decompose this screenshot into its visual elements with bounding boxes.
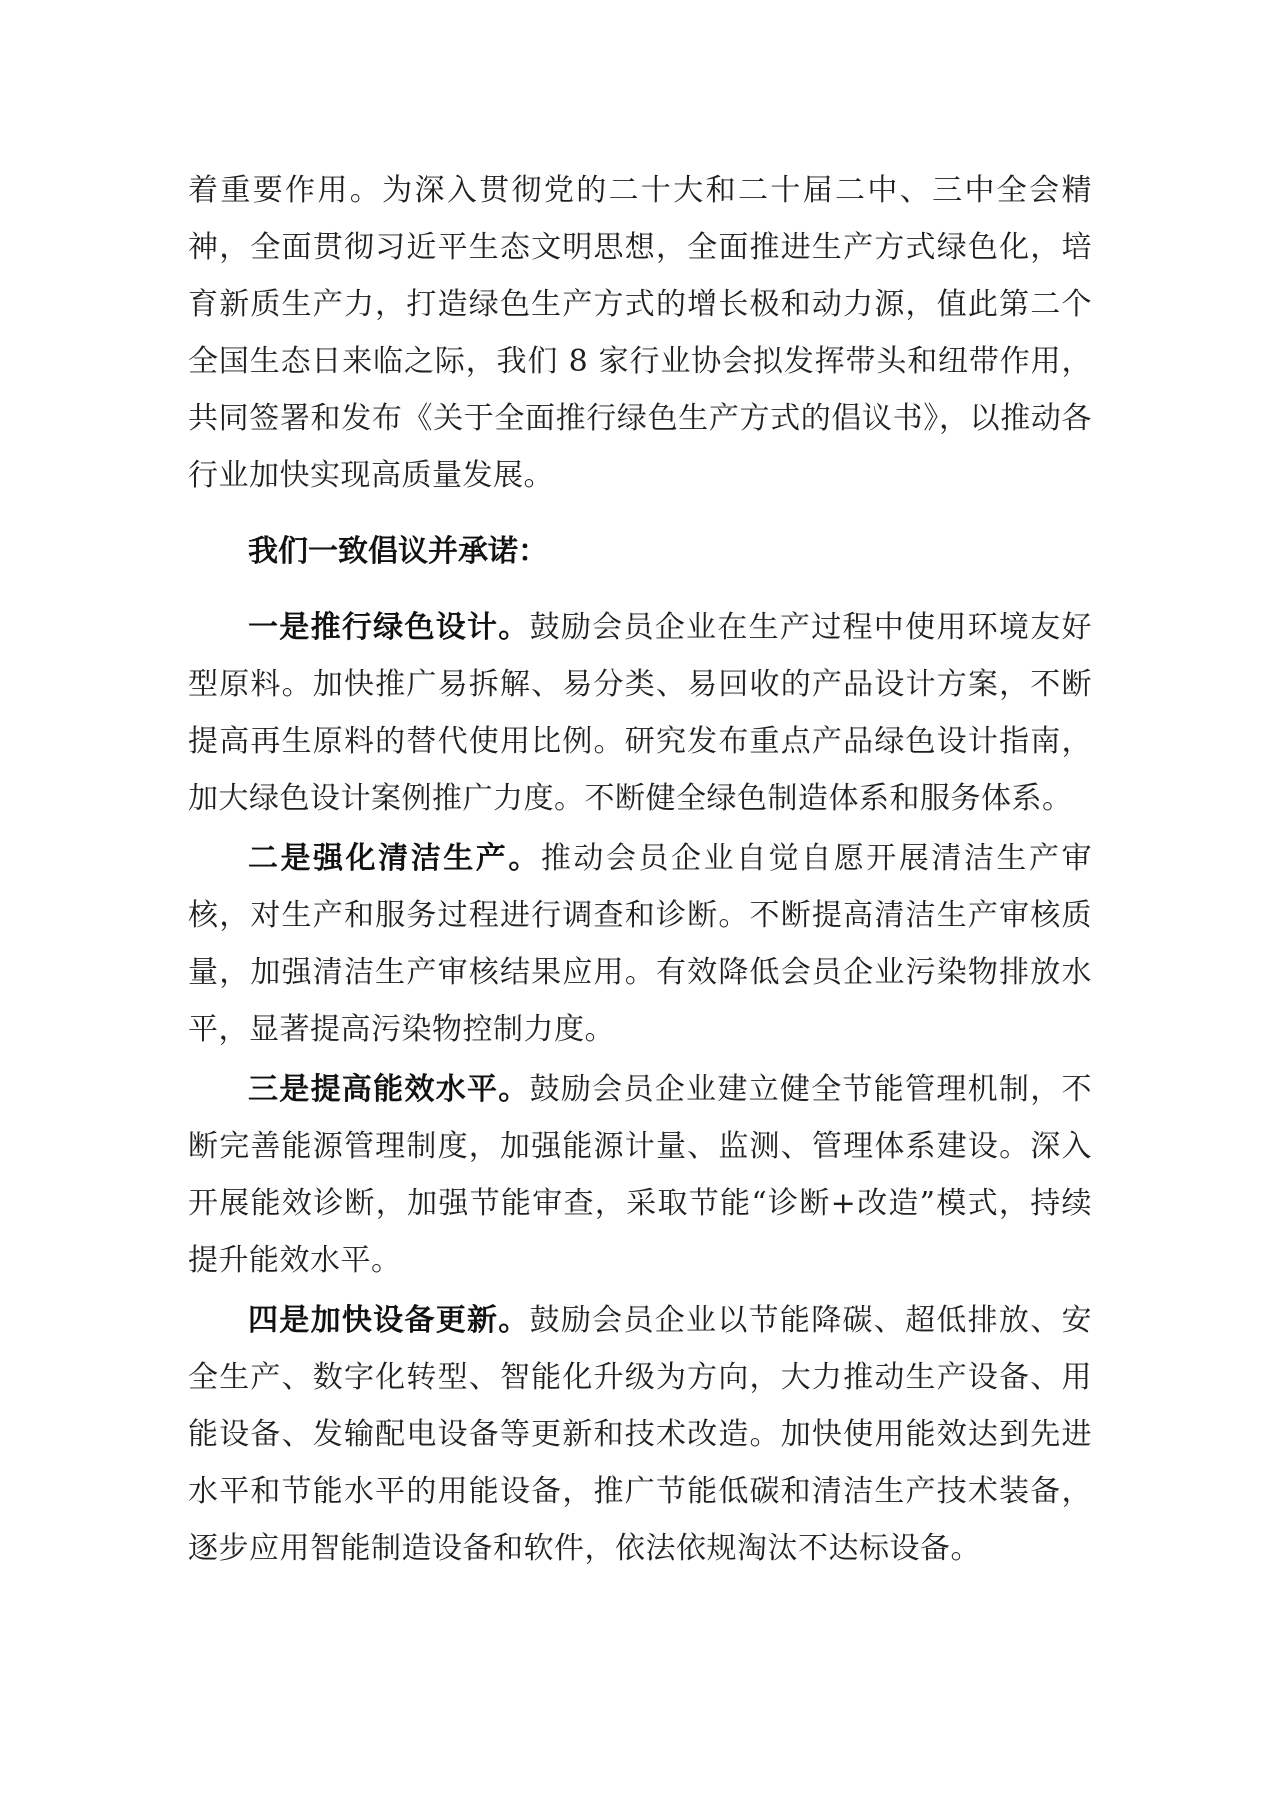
pledge-item-4: 四是加快设备更新。鼓励会员企业以节能降碳、超低排放、安全生产、数字化转型、智能化… [188,1292,1092,1577]
pledge-item-1: 一是推行绿色设计。鼓励会员企业在生产过程中使用环境友好型原料。加快推广易拆解、易… [188,599,1092,827]
intro-paragraph: 着重要作用。为深入贯彻党的二十大和二十届二中、三中全会精神，全面贯彻习近平生态文… [188,162,1092,504]
pledge-item-3: 三是提高能效水平。鼓励会员企业建立健全节能管理机制，不断完善能源管理制度，加强能… [188,1061,1092,1289]
pledge-item-3-lead: 三是提高能效水平。 [248,1072,530,1107]
pledge-item-2: 二是强化清洁生产。推动会员企业自觉自愿开展清洁生产审核，对生产和服务过程进行调查… [188,830,1092,1058]
document-page: 着重要作用。为深入贯彻党的二十大和二十届二中、三中全会精神，全面贯彻习近平生态文… [0,0,1280,1809]
pledge-item-4-lead: 四是加快设备更新。 [248,1303,530,1338]
pledge-item-1-lead: 一是推行绿色设计。 [248,610,530,645]
pledge-item-2-lead: 二是强化清洁生产。 [248,841,541,876]
pledge-heading: 我们一致倡议并承诺： [188,523,1092,580]
pledge-item-4-body: 鼓励会员企业以节能降碳、超低排放、安全生产、数字化转型、智能化升级为方向，大力推… [188,1303,1092,1566]
